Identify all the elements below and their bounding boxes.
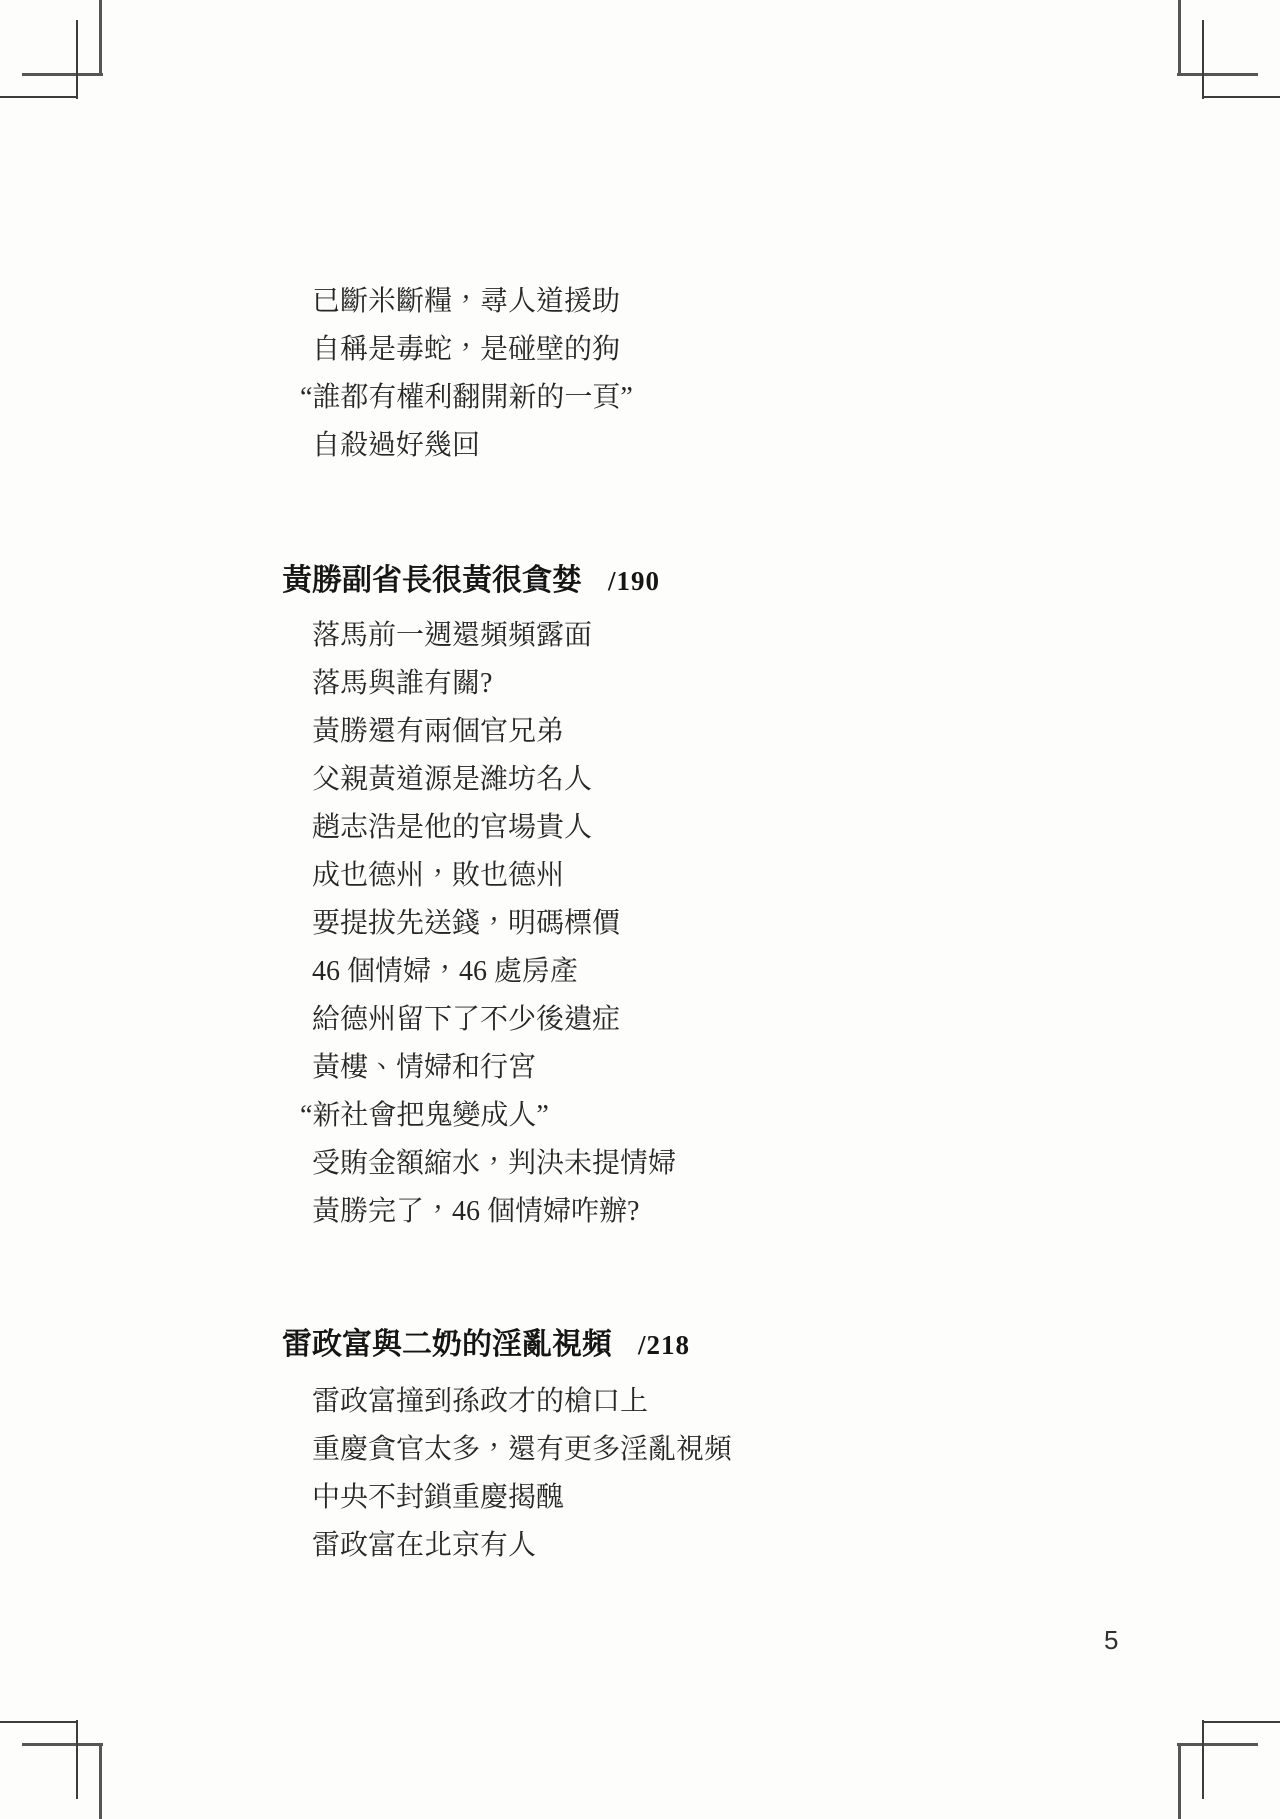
toc-line: “新社會把鬼變成人” [312, 1092, 676, 1140]
crop-mark-top-left-outer-vertical [99, 0, 102, 76]
toc-line: 雷政富撞到孫政才的槍口上 [312, 1378, 732, 1426]
heading-title: 雷政富與二奶的淫亂視頻 [282, 1328, 612, 1361]
toc-line: 父親黃道源是濰坊名人 [312, 756, 676, 804]
crop-mark-bottom-right-inner-horizontal [1202, 1721, 1280, 1723]
toc-line: 成也德州，敗也德州 [312, 852, 676, 900]
crop-mark-top-right-outer-horizontal [1177, 73, 1258, 76]
toc-line: 落馬前一週還頻頻露面 [312, 612, 676, 660]
toc-line: 黃樓、情婦和行宮 [312, 1044, 676, 1092]
toc-line: 46 個情婦，46 處房產 [312, 948, 676, 996]
toc-line: 自殺過好幾回 [312, 422, 633, 470]
crop-mark-bottom-left-outer-horizontal [22, 1743, 103, 1746]
crop-mark-bottom-right-inner-vertical [1202, 1720, 1204, 1799]
toc-line: “誰都有權利翻開新的一頁” [312, 374, 633, 422]
crop-mark-top-right-outer-vertical [1178, 0, 1181, 76]
toc-line: 自稱是毒蛇，是碰壁的狗 [312, 326, 633, 374]
crop-mark-top-right-inner-vertical [1202, 20, 1204, 99]
toc-stanza-3: 雷政富撞到孫政才的槍口上 重慶貪官太多，還有更多淫亂視頻 中央不封鎖重慶揭醜 雷… [312, 1378, 732, 1570]
toc-line: 黃勝完了，46 個情婦咋辦? [312, 1188, 676, 1236]
heading-page-ref: /218 [638, 1330, 690, 1360]
toc-line: 黃勝還有兩個官兄弟 [312, 708, 676, 756]
toc-line: 已斷米斷糧，尋人道援助 [312, 278, 633, 326]
toc-line: 給德州留下了不少後遺症 [312, 996, 676, 1044]
toc-stanza-1: 已斷米斷糧，尋人道援助 自稱是毒蛇，是碰壁的狗 “誰都有權利翻開新的一頁” 自殺… [312, 278, 633, 470]
toc-line: 重慶貪官太多，還有更多淫亂視頻 [312, 1426, 732, 1474]
crop-mark-bottom-left-inner-horizontal [0, 1721, 78, 1723]
crop-mark-top-right-inner-horizontal [1202, 96, 1280, 98]
crop-mark-top-left-inner-horizontal [0, 96, 78, 98]
crop-mark-bottom-right-outer-vertical [1178, 1743, 1181, 1819]
heading-title: 黃勝副省長很黃很貪婪 [282, 564, 582, 597]
page-number: 5 [1104, 1624, 1118, 1656]
crop-mark-bottom-left-inner-vertical [76, 1720, 78, 1799]
toc-stanza-2: 落馬前一週還頻頻露面 落馬與誰有關? 黃勝還有兩個官兄弟 父親黃道源是濰坊名人 … [312, 612, 676, 1236]
crop-mark-bottom-left-outer-vertical [99, 1743, 102, 1819]
crop-mark-top-left-inner-vertical [76, 20, 78, 99]
crop-mark-bottom-right-outer-horizontal [1177, 1743, 1258, 1746]
toc-line: 中央不封鎖重慶揭醜 [312, 1474, 732, 1522]
book-page: 已斷米斷糧，尋人道援助 自稱是毒蛇，是碰壁的狗 “誰都有權利翻開新的一頁” 自殺… [0, 0, 1280, 1819]
toc-line: 趙志浩是他的官場貴人 [312, 804, 676, 852]
crop-mark-top-left-outer-horizontal [22, 73, 103, 76]
heading-page-ref: /190 [608, 566, 660, 596]
toc-line: 要提拔先送錢，明碼標價 [312, 900, 676, 948]
toc-line: 落馬與誰有關? [312, 660, 676, 708]
toc-line: 受賄金額縮水，判決未提情婦 [312, 1140, 676, 1188]
toc-line: 雷政富在北京有人 [312, 1522, 732, 1570]
